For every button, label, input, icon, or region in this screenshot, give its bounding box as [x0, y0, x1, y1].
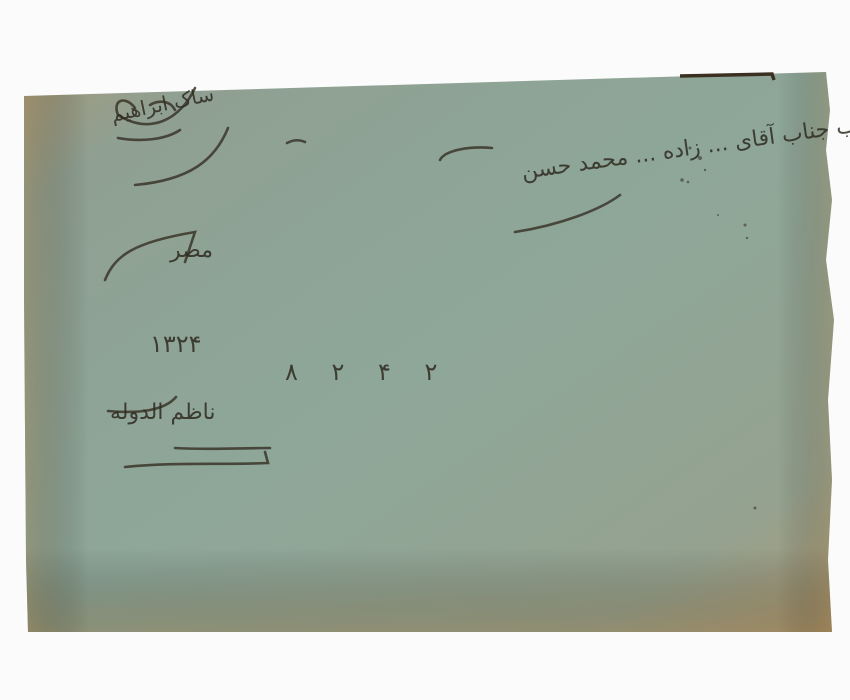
reference-number: ۸ ۲ ۴ ۲ [285, 358, 437, 386]
city-line: مصر [170, 238, 213, 263]
year-number: ۱۳۲۴ [150, 330, 202, 358]
signature: ناظم الدوله [110, 400, 215, 425]
